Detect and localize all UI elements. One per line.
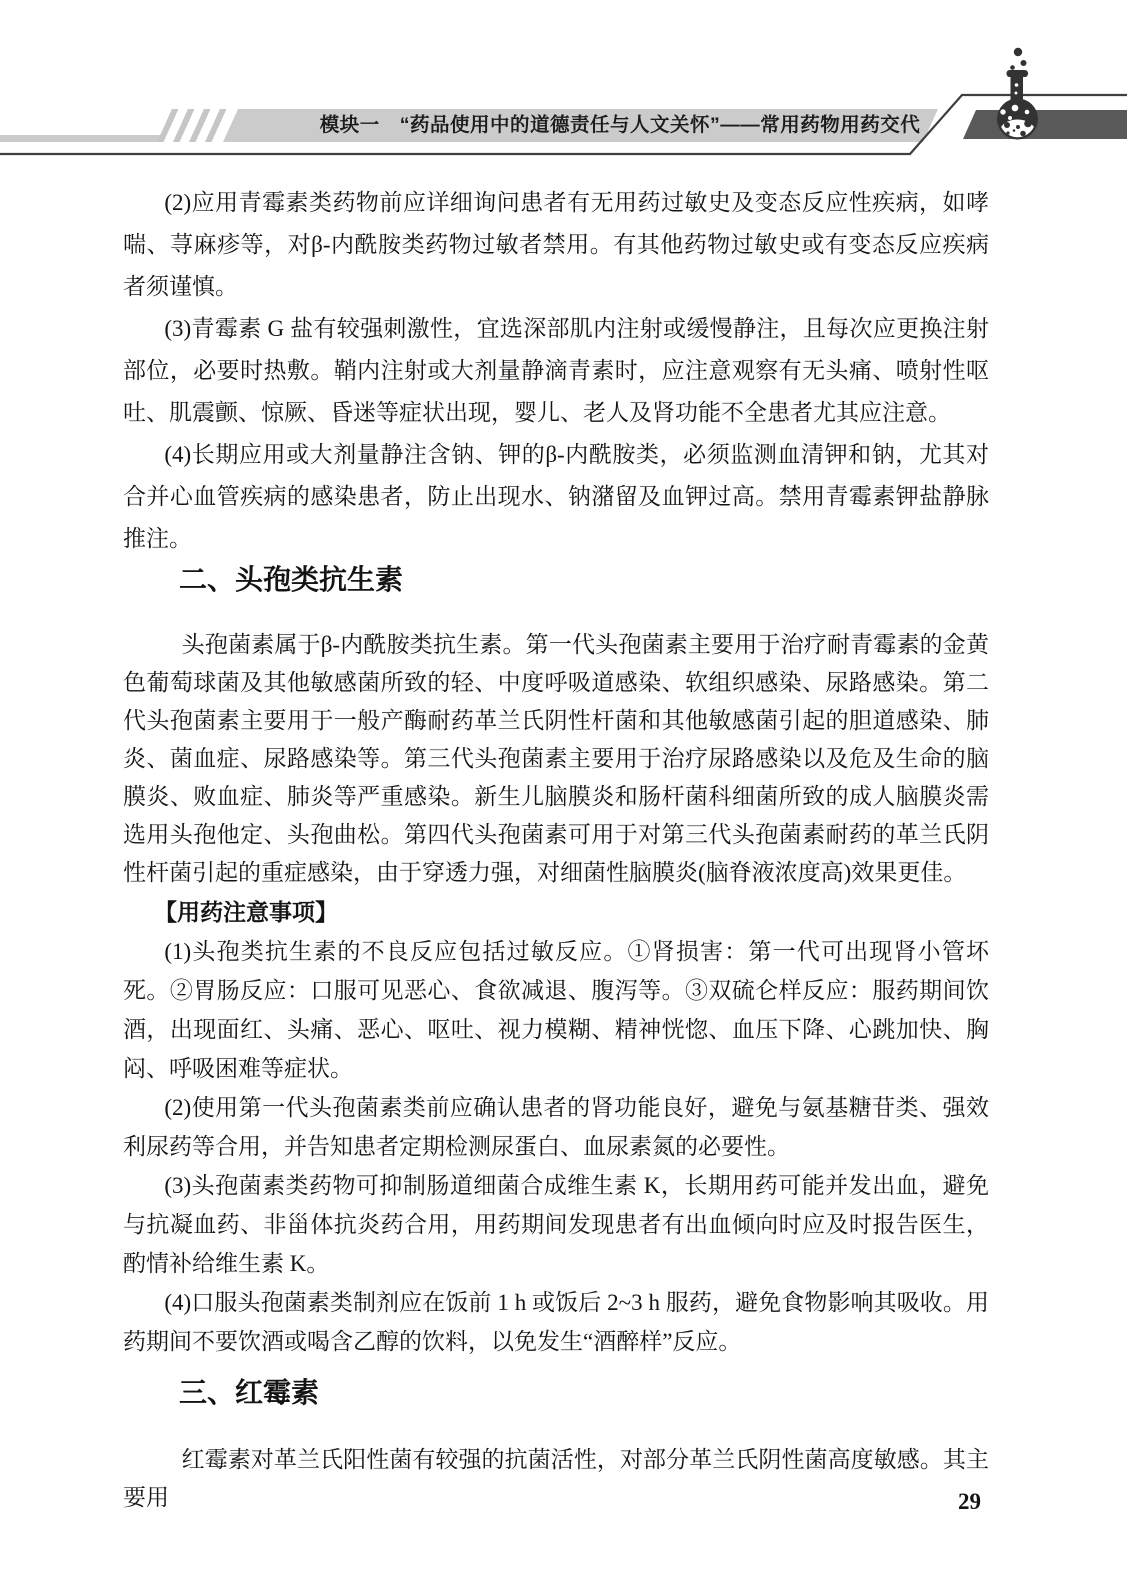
header-slashes-icon	[157, 109, 227, 142]
penicillin-note-2: (2)应用青霉素类药物前应详细询问患者有无用药过敏史及变态反应性疾病，如哮喘、荨…	[123, 182, 989, 308]
chapter-title: 模块一 “药品使用中的道德责任与人文关怀”——常用药物用药交代	[300, 109, 940, 142]
page-content: (2)应用青霉素类药物前应详细询问患者有无用药过敏史及变态反应性疾病，如哮喘、荨…	[123, 182, 989, 1517]
cephalosporin-note-1: (1)头孢类抗生素的不良反应包括过敏反应。①肾损害：第一代可出现肾小管坏死。②胃…	[123, 932, 989, 1088]
header-dark-band	[963, 110, 1127, 139]
penicillin-note-4: (4)长期应用或大剂量静注含钠、钾的β-内酰胺类，必须监测血清钾和钠，尤其对合并…	[123, 434, 989, 560]
section-heading-cephalosporins: 二、头孢类抗生素	[123, 562, 989, 600]
cephalosporin-note-2: (2)使用第一代头孢菌素类前应确认患者的肾功能良好，避免与氨基糖苷类、强效利尿药…	[123, 1088, 989, 1166]
penicillin-note-3: (3)青霉素 G 盐有较强刺激性，宜选深部肌内注射或缓慢静注，且每次应更换注射部…	[123, 308, 989, 434]
page-number: 29	[958, 1490, 981, 1514]
header-banner	[0, 0, 1127, 170]
cephalosporin-intro: 头孢菌素属于β-内酰胺类抗生素。第一代头孢菌素主要用于治疗耐青霉素的金黄色葡萄球…	[123, 626, 989, 892]
cephalosporin-note-4: (4)口服头孢菌素类制剂应在饭前 1 h 或饭后 2~3 h 服药，避免食物影响…	[123, 1283, 989, 1361]
erythromycin-intro: 红霉素对革兰氏阳性菌有较强的抗菌活性，对部分革兰氏阴性菌高度敏感。其主要用	[123, 1441, 989, 1517]
document-page: 模块一 “药品使用中的道德责任与人文关怀”——常用药物用药交代 (2)应用青霉素…	[0, 0, 1127, 1570]
header-left-strip	[0, 135, 164, 142]
medication-notes-heading: 【用药注意事项】	[123, 892, 989, 932]
cephalosporin-note-3: (3)头孢菌素类药物可抑制肠道细菌合成维生素 K，长期用药可能并发出血，避免与抗…	[123, 1166, 989, 1283]
section-heading-erythromycin: 三、红霉素	[123, 1375, 989, 1413]
